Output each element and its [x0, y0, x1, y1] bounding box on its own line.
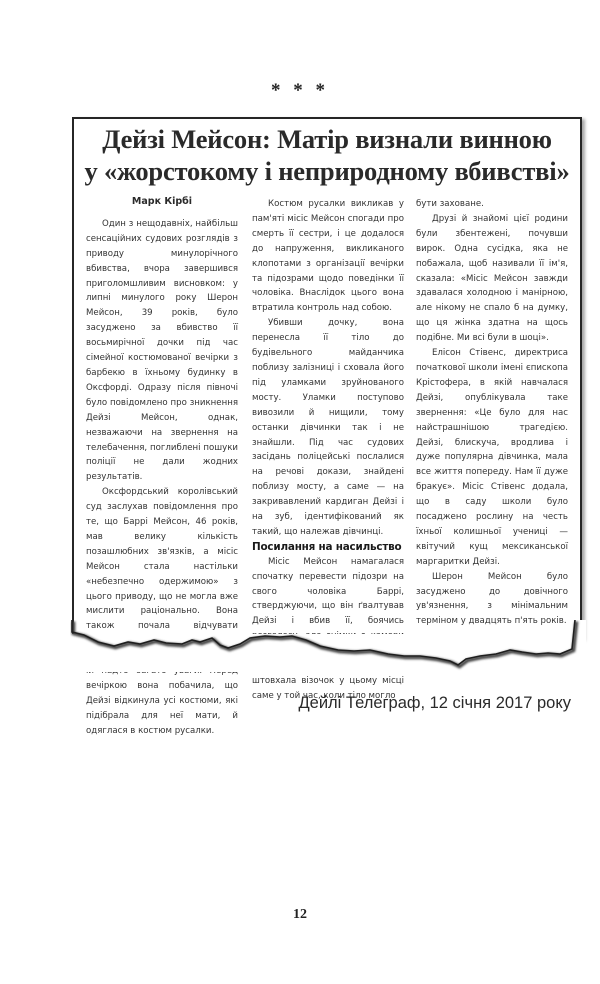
section-separator: * * * [0, 80, 600, 102]
page-number: 12 [0, 907, 600, 923]
article-column-3: бути заховане. Друзі й знайомі цієї роди… [416, 197, 568, 629]
paragraph: Убивши дочку, вона перенесла її тіло до … [252, 316, 404, 540]
paragraph: бути заховане. [416, 197, 568, 212]
paragraph: Друзі й знайомі цієї родини були збентеж… [416, 212, 568, 346]
newspaper-clipping: Дейзі Мейсон: Матір визнали винною у «жо… [72, 117, 582, 639]
paragraph: Оксфордський королівський суд заслухав п… [86, 485, 238, 738]
headline-line-1: Дейзі Мейсон: Матір визнали винною [74, 123, 580, 155]
paragraph: Один з нещодавніх, найбільш сенсаційних … [86, 217, 238, 485]
article-subheading: Посилання на насильство [252, 540, 404, 555]
torn-edge [70, 620, 586, 672]
byline: Марк Кірбі [86, 195, 238, 210]
article-headline: Дейзі Мейсон: Матір визнали винною у «жо… [74, 123, 580, 187]
headline-line-2: у «жорстокому і неприродному вбивстві» [74, 155, 580, 187]
paragraph: Костюм русалки викликав у пам'яті місіс … [252, 197, 404, 316]
paragraph: Елісон Стівенс, директриса початкової шк… [416, 346, 568, 570]
source-caption: Дейлі Телеграф, 12 січня 2017 року [298, 694, 571, 713]
